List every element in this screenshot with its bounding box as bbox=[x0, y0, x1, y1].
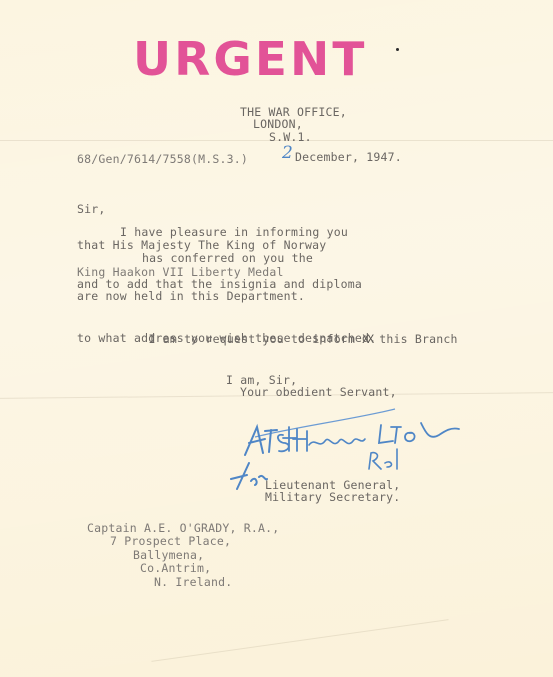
urgent-stamp: URGENT bbox=[133, 36, 367, 82]
ink-dot bbox=[396, 48, 399, 51]
paper-crease bbox=[151, 619, 448, 662]
recipient-line-2: 7 Prospect Place, bbox=[110, 535, 231, 548]
recipient-line-4: Co.Antrim, bbox=[140, 562, 211, 575]
body-line: has conferred on you the bbox=[142, 252, 313, 265]
handwritten-day: 2 bbox=[282, 143, 293, 163]
body-line: are now held in this Department. bbox=[77, 290, 305, 303]
letter-page: URGENT THE WAR OFFICE, LONDON, S.W.1. 68… bbox=[0, 0, 553, 677]
closing-line-2: Your obedient Servant, bbox=[240, 386, 397, 399]
signatory-title-2: Military Secretary. bbox=[265, 491, 400, 504]
recipient-line-5: N. Ireland. bbox=[154, 576, 232, 589]
reference-number: 68/Gen/7614/7558(M.S.3.) bbox=[77, 153, 248, 166]
handwritten-signature bbox=[225, 405, 485, 485]
body-text: this Branch bbox=[379, 332, 457, 346]
salutation: Sir, bbox=[77, 203, 106, 216]
date-typed: December, 1947. bbox=[295, 151, 402, 164]
body-line: to what address you wish these despatche… bbox=[77, 332, 376, 345]
